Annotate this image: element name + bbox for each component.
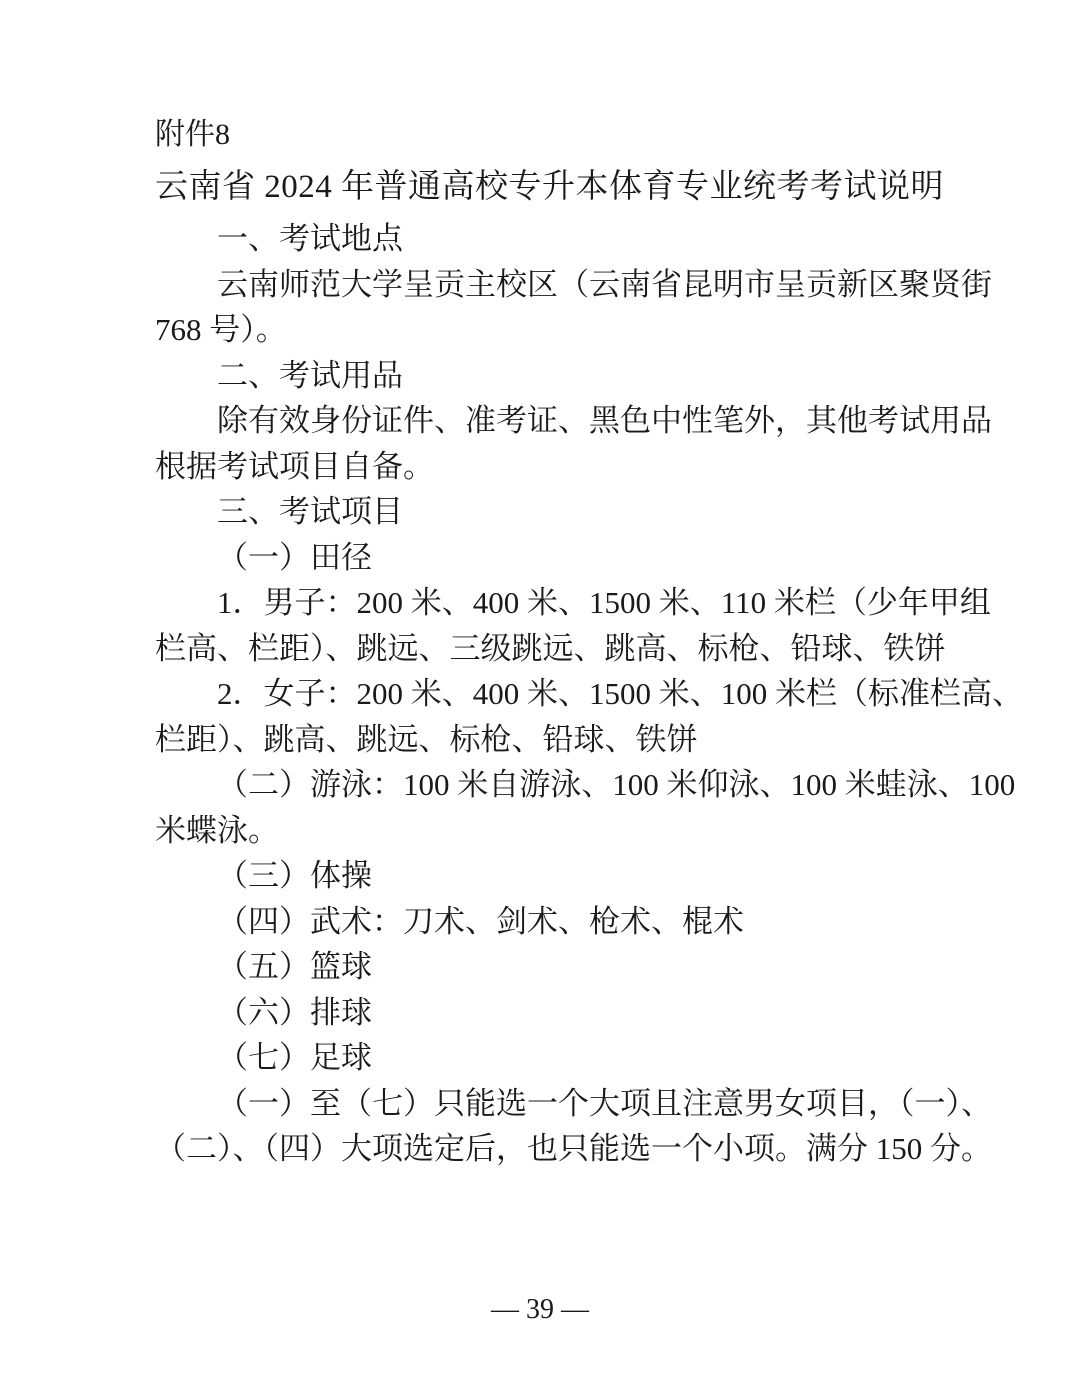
attachment-label: 附件8 [155, 112, 935, 158]
text-line: （一）至（七）只能选一个大项且注意男女项目，（一）、 [155, 1081, 935, 1127]
text-line: 除有效身份证件、准考证、黑色中性笔外，其他考试用品 [155, 398, 935, 444]
text-line: 根据考试项目自备。 [155, 444, 935, 490]
text-line: （六）排球 [155, 990, 935, 1036]
text-line: （七）足球 [155, 1035, 935, 1081]
text-line: 栏距）、跳高、跳远、标枪、铅球、铁饼 [155, 717, 935, 763]
document-body: 一、考试地点云南师范大学呈贡主校区（云南省昆明市呈贡新区聚贤街768 号）。二、… [155, 216, 935, 1172]
text-line: （三）体操 [155, 853, 935, 899]
document-title: 云南省 2024 年普通高校专升本体育专业统考考试说明 [155, 158, 935, 216]
text-line: （四）武术：刀术、剑术、枪术、棍术 [155, 899, 935, 945]
text-line: （二）游泳：100 米自游泳、100 米仰泳、100 米蛙泳、100 [155, 762, 935, 808]
text-line: 768 号）。 [155, 307, 935, 353]
text-line: 一、考试地点 [155, 216, 935, 262]
document-page: 附件8 云南省 2024 年普通高校专升本体育专业统考考试说明 一、考试地点云南… [0, 0, 1080, 1397]
text-line: 米蝶泳。 [155, 808, 935, 854]
text-line: 三、考试项目 [155, 489, 935, 535]
text-line: （二）、（四）大项选定后，也只能选一个小项。满分 150 分。 [155, 1126, 935, 1172]
text-line: （一）田径 [155, 535, 935, 581]
text-line: 二、考试用品 [155, 353, 935, 399]
text-line: 栏高、栏距）、跳远、三级跳远、跳高、标枪、铅球、铁饼 [155, 626, 935, 672]
footer-page-number: — 39 — [0, 1290, 1080, 1330]
text-line: 1．男子：200 米、400 米、1500 米、110 米栏（少年甲组 [155, 580, 935, 626]
text-line: 2．女子：200 米、400 米、1500 米、100 米栏（标准栏高、 [155, 671, 935, 717]
document-content: 附件8 云南省 2024 年普通高校专升本体育专业统考考试说明 一、考试地点云南… [155, 112, 935, 1172]
text-line: （五）篮球 [155, 944, 935, 990]
text-line: 云南师范大学呈贡主校区（云南省昆明市呈贡新区聚贤街 [155, 262, 935, 308]
